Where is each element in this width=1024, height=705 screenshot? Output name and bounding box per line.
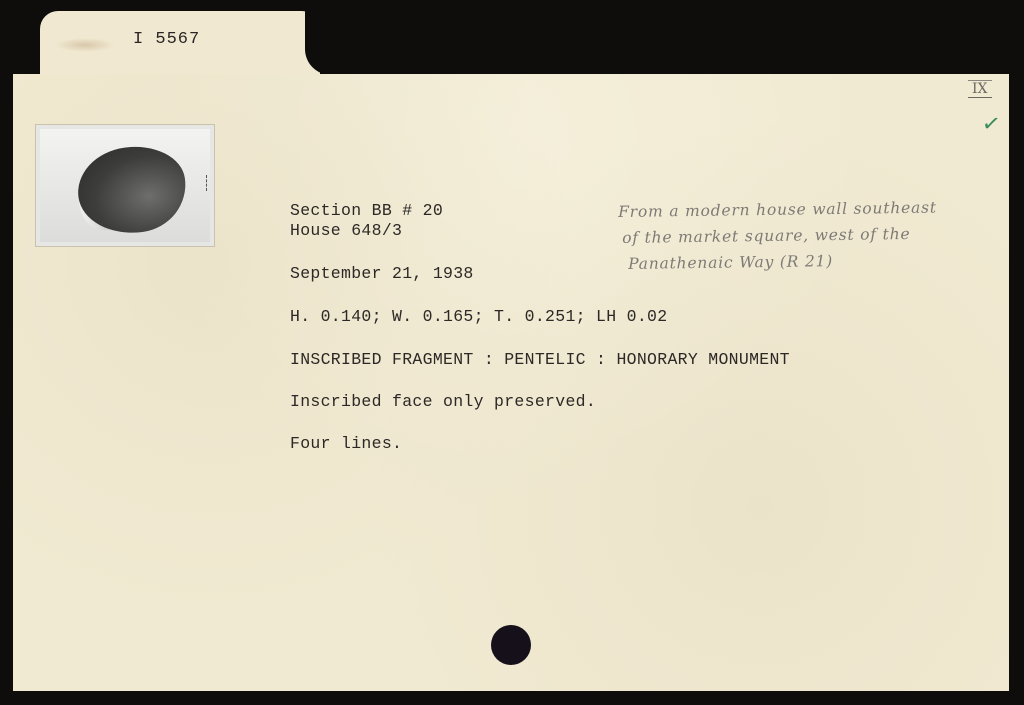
stain-marks [55, 38, 115, 52]
handwritten-note-line-2: of the market square, west of the [622, 221, 911, 251]
date-line: September 21, 1938 [290, 263, 474, 284]
artifact-photo [35, 124, 215, 247]
dimensions-line: H. 0.140; W. 0.165; T. 0.251; LH 0.02 [290, 306, 667, 327]
roman-numeral-mark: IX [968, 80, 992, 98]
section-line: Section BB # 20 [290, 200, 443, 221]
check-mark-icon: ✓ [980, 111, 1002, 138]
scale-mark [206, 175, 209, 191]
punch-hole [491, 625, 531, 665]
condition-line: Inscribed face only preserved. [290, 391, 596, 412]
house-line: House 648/3 [290, 220, 402, 241]
inventory-number: I 5567 [133, 30, 200, 49]
handwritten-note-line-3: Panathenaic Way (R 21) [628, 248, 833, 277]
lines-count: Four lines. [290, 433, 402, 454]
classification-line: INSCRIBED FRAGMENT : PENTELIC : HONORARY… [290, 349, 790, 370]
